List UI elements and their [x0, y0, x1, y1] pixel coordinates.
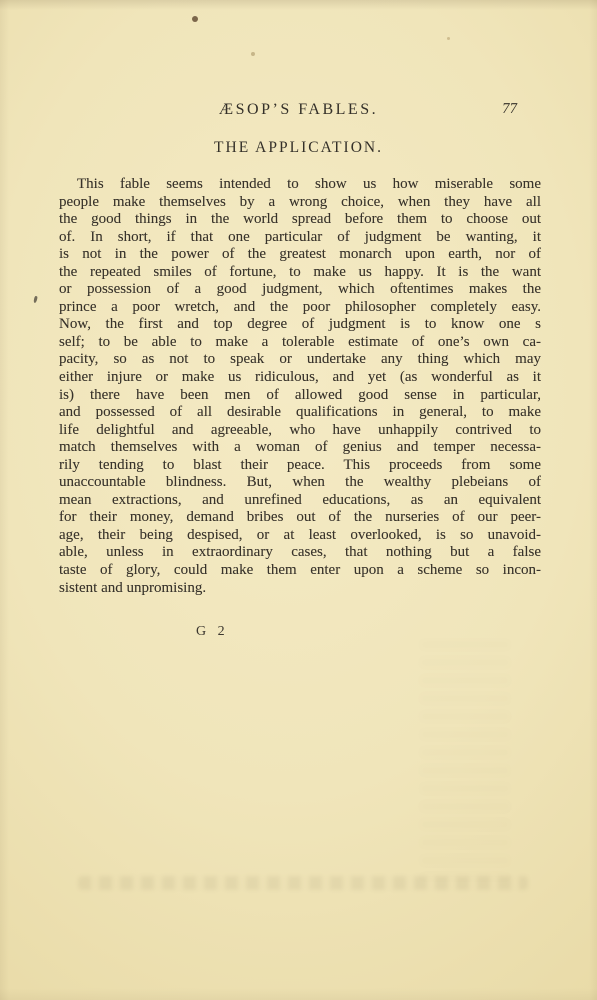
body-text-line: This fable seems intended to show us how… [59, 176, 541, 194]
printers-signature-mark: G 2 [196, 624, 229, 640]
body-text-line: unaccountable blindness. But, when the w… [59, 474, 541, 492]
body-text-line: taste of glory, could make them enter up… [59, 562, 541, 580]
paper-speck [447, 37, 450, 40]
show-through-smudge [420, 640, 510, 880]
body-text-line: able, unless in extraordinary cases, tha… [59, 544, 541, 562]
paper-speck [251, 52, 255, 56]
body-text-line: life delightful and agreeable, who have … [59, 422, 541, 440]
body-text-line: pacity, so as not to speak or undertake … [59, 351, 541, 369]
body-text-line: prince a poor wretch, and the poor philo… [59, 299, 541, 317]
margin-comma-mark [33, 296, 38, 304]
body-text-line: the good things in the world spread befo… [59, 211, 541, 229]
page-number: 77 [501, 101, 518, 118]
body-text-line: Now, the first and top degree of judgmen… [59, 316, 541, 334]
body-text-line: for their money, demand bribes out of th… [59, 509, 541, 527]
body-text-line: age, their being despised, or at least o… [59, 527, 541, 545]
body-text-line: and possessed of all desirable qualifica… [59, 404, 541, 422]
application-paragraph: This fable seems intended to show us how… [59, 176, 541, 597]
body-text-line: is not in the power of the greatest mona… [59, 246, 541, 264]
body-text-line: sistent and unpromising. [59, 580, 541, 598]
body-text-line: self; to be able to make a tolerable est… [59, 334, 541, 352]
section-heading: THE APPLICATION. [0, 139, 597, 157]
body-text-line: match themselves with a woman of genius … [59, 439, 541, 457]
body-text-line: is) there have been men of allowed good … [59, 387, 541, 405]
body-text-line: the repeated smiles of fortune, to make … [59, 264, 541, 282]
ink-speck [192, 16, 198, 22]
show-through-text-band [78, 876, 528, 890]
body-text-line: mean extractions, and unrefined educatio… [59, 492, 541, 510]
body-text-line: of. In short, if that one particular of … [59, 229, 541, 247]
body-text-line: people make themselves by a wrong choice… [59, 194, 541, 212]
body-text-line: either injure or make us ridiculous, and… [59, 369, 541, 387]
body-text-line: or possession of a good judgment, which … [59, 281, 541, 299]
body-text-line: rily tending to blast their peace. This … [59, 457, 541, 475]
